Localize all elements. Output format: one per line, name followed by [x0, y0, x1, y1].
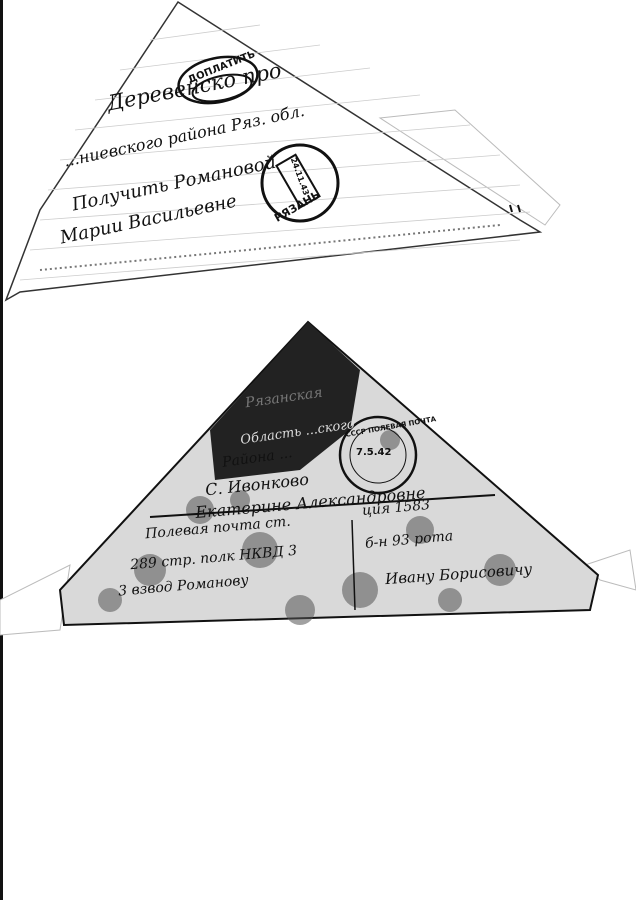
letter-top: ДОПЛАТИТЬ Деревенско про ...ниевского ра…: [0, 0, 636, 310]
letter-bottom-shape: [0, 310, 636, 650]
postmark-date: 7.5.42: [356, 447, 391, 458]
letter-bottom: Рязанская Область ...ского Района ... С.…: [0, 310, 636, 650]
